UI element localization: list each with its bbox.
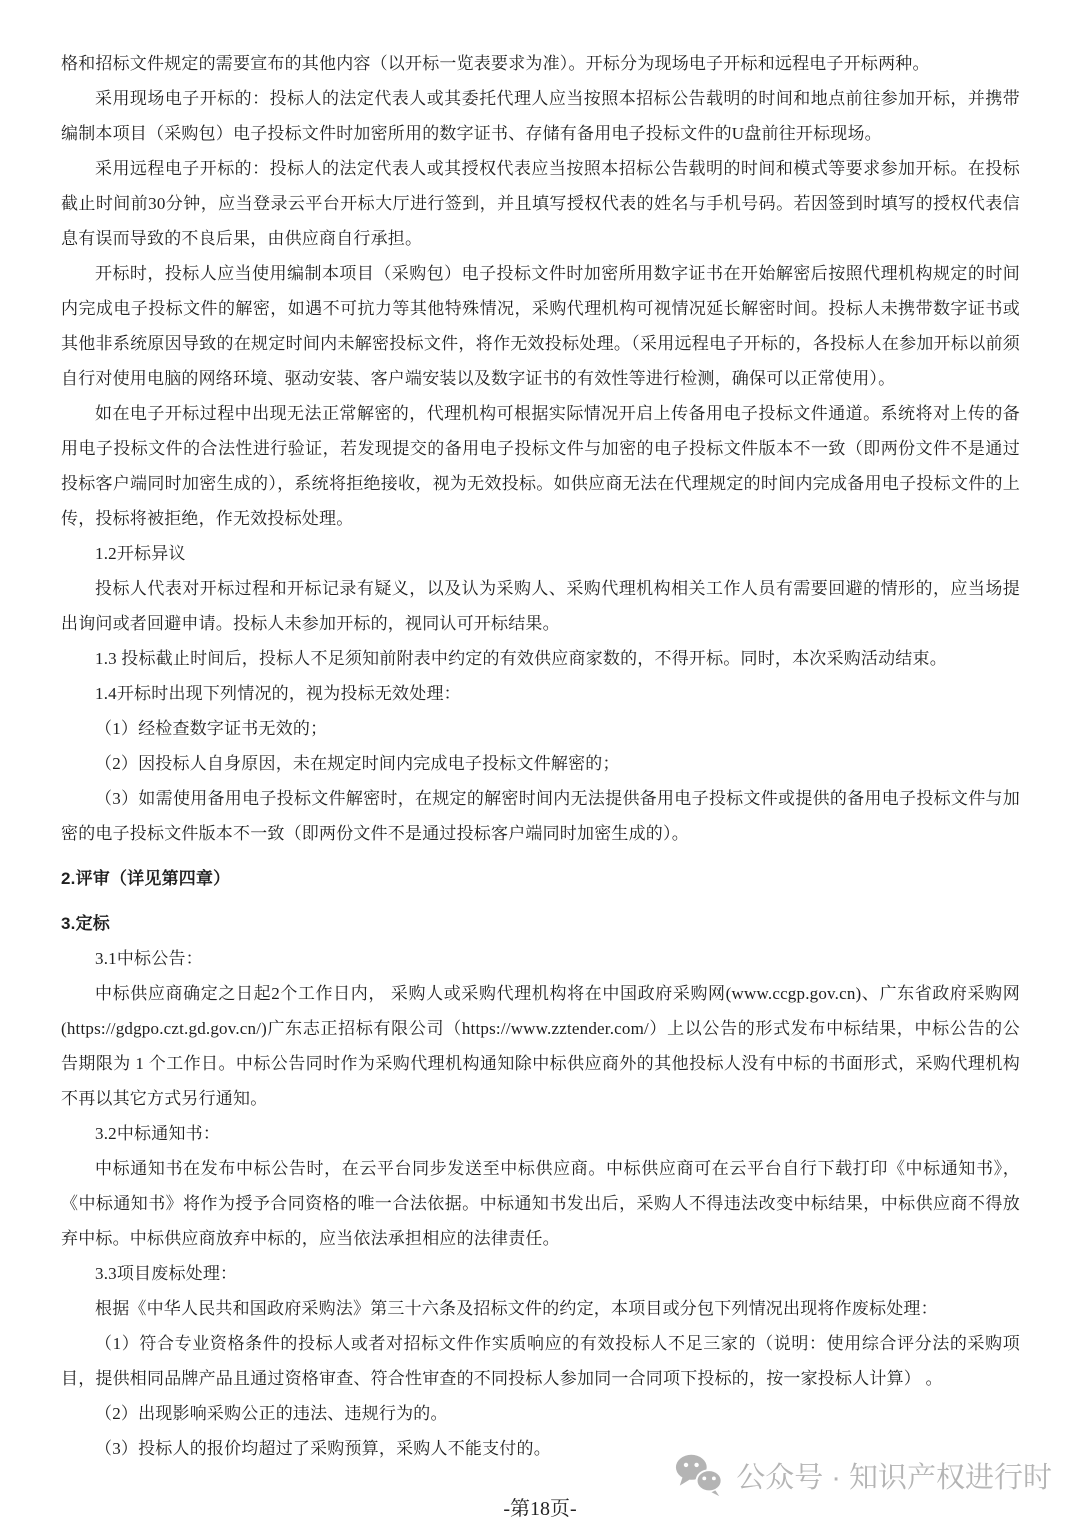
paragraph: 中标通知书在发布中标公告时，在云平台同步发送至中标供应商。中标供应商可在云平台自… — [61, 1151, 1020, 1256]
document-content: 格和招标文件规定的需要宣布的其他内容（以开标一览表要求为准）。开标分为现场电子开… — [61, 46, 1020, 1466]
paragraph: 如在电子开标过程中出现无法正常解密的，代理机构可根据实际情况开启上传备用电子投标… — [61, 396, 1020, 536]
paragraph: 根据《中华人民共和国政府采购法》第三十六条及招标文件的约定，本项目或分包下列情况… — [61, 1291, 1020, 1326]
paragraph: （1）符合专业资格条件的投标人或者对招标文件作实质响应的有效投标人不足三家的（说… — [61, 1326, 1020, 1396]
watermark-text: 公众号 · 知识产权进行时 — [736, 1455, 1052, 1496]
paragraph: 格和招标文件规定的需要宣布的其他内容（以开标一览表要求为准）。开标分为现场电子开… — [61, 46, 1020, 81]
paragraph: 中标供应商确定之日起2个工作日内， 采购人或采购代理机构将在中国政府采购网(ww… — [61, 976, 1020, 1116]
paragraph: 采用现场电子开标的：投标人的法定代表人或其委托代理人应当按照本招标公告载明的时间… — [61, 81, 1020, 151]
paragraph: （2）因投标人自身原因，未在规定时间内完成电子投标文件解密的； — [61, 746, 1020, 781]
paragraph: 3.1中标公告： — [61, 941, 1020, 976]
section-heading: 3.定标 — [61, 906, 1020, 941]
paragraph: 投标人代表对开标过程和开标记录有疑义，以及认为采购人、采购代理机构相关工作人员有… — [61, 571, 1020, 641]
paragraph: 1.2开标异议 — [61, 536, 1020, 571]
section-heading: 2.评审（详见第四章） — [61, 861, 1020, 896]
document-page: 格和招标文件规定的需要宣布的其他内容（以开标一览表要求为准）。开标分为现场电子开… — [0, 0, 1080, 1528]
paragraph: 开标时，投标人应当使用编制本项目（采购包）电子投标文件时加密所用数字证书在开始解… — [61, 256, 1020, 396]
paragraph: （3）如需使用备用电子投标文件解密时，在规定的解密时间内无法提供备用电子投标文件… — [61, 781, 1020, 851]
paragraph: 3.2中标通知书： — [61, 1116, 1020, 1151]
page-footer: -第18页- — [0, 1492, 1080, 1521]
paragraph: 3.3项目废标处理： — [61, 1256, 1020, 1291]
paragraph: （2）出现影响采购公正的违法、违规行为的。 — [61, 1396, 1020, 1431]
paragraph: 1.4开标时出现下列情况的，视为投标无效处理： — [61, 676, 1020, 711]
paragraph: （1）经检查数字证书无效的； — [61, 711, 1020, 746]
paragraph: 1.3 投标截止时间后，投标人不足须知前附表中约定的有效供应商家数的，不得开标。… — [61, 641, 1020, 676]
paragraph: 采用远程电子开标的：投标人的法定代表人或其授权代表应当按照本招标公告载明的时间和… — [61, 151, 1020, 256]
